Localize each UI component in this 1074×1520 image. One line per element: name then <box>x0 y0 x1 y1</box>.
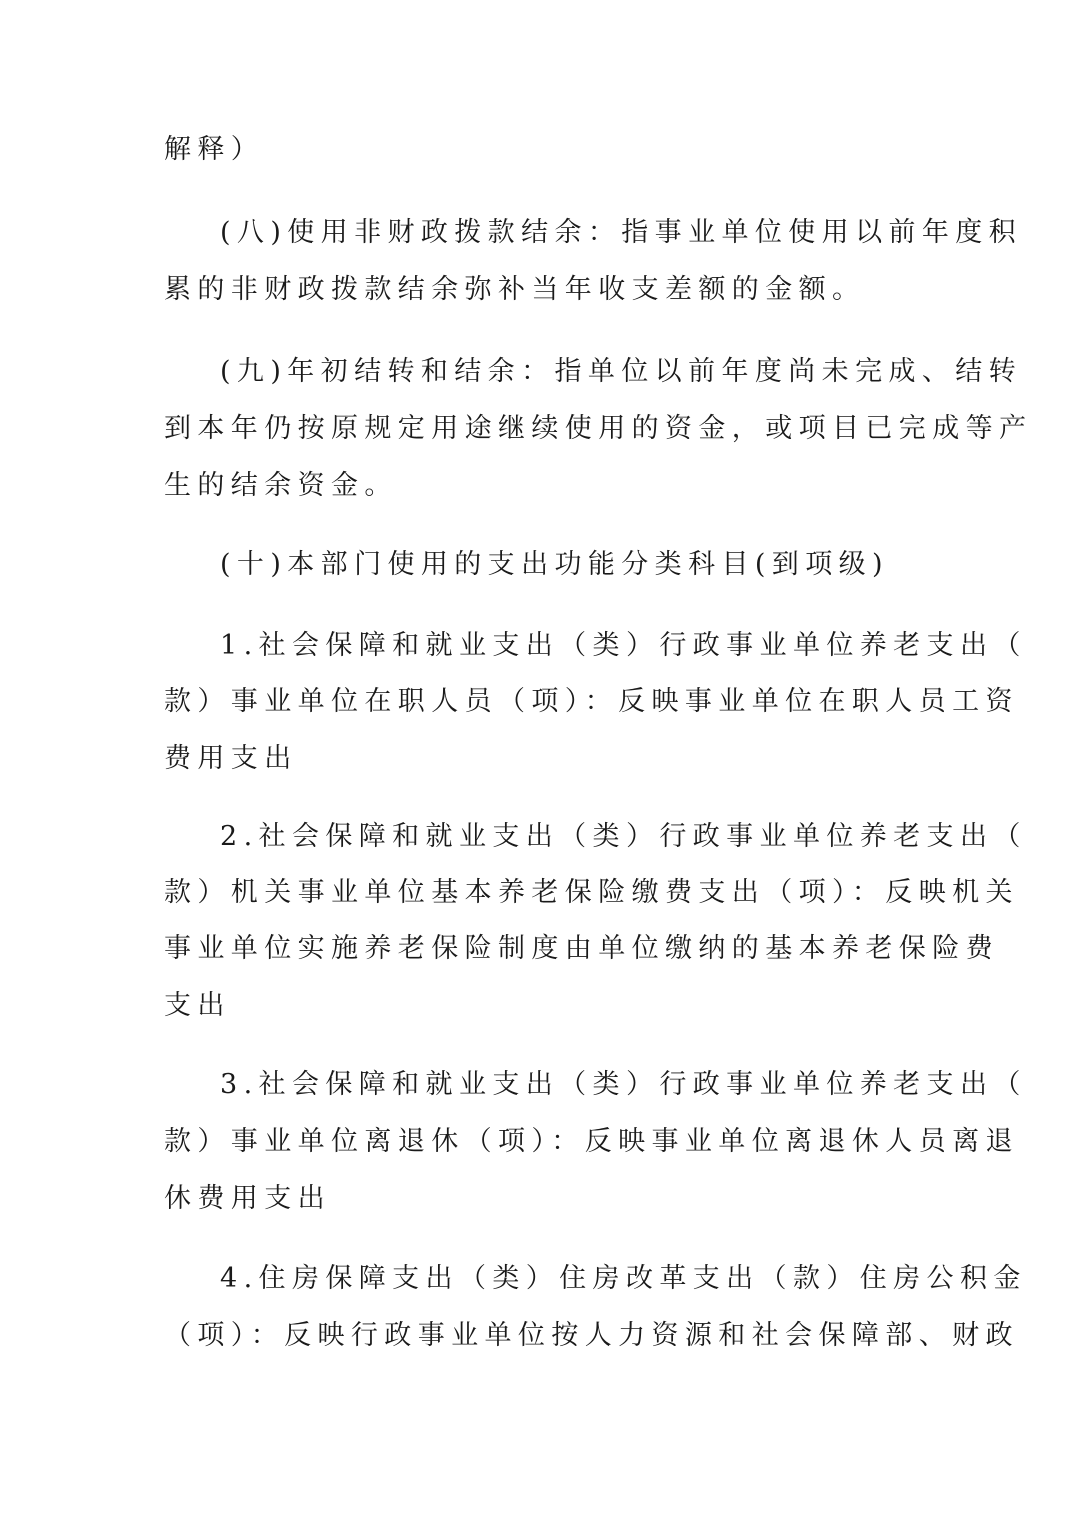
section-8-body-line: 累的非财政拨款结余弥补当年收支差额的金额。 <box>164 270 924 310</box>
item-2-body-line: 事业单位实施养老保险制度由单位缴纳的基本养老保险费 <box>164 929 924 969</box>
item-1-heading-line: 1.社会保障和就业支出（类）行政事业单位养老支出（ <box>220 626 980 666</box>
item-3-body-line: 款）事业单位离退休（项）：反映事业单位离退休人员离退 <box>164 1122 924 1162</box>
item-2-heading-line: 2.社会保障和就业支出（类）行政事业单位养老支出（ <box>220 817 980 857</box>
text-line-continuation: 解释） <box>164 130 924 170</box>
section-10-heading: (十)本部门使用的支出功能分类科目(到项级) <box>220 545 980 585</box>
item-1-body-line: 款）事业单位在职人员（项）：反映事业单位在职人员工资 <box>164 682 924 722</box>
item-2-body-line: 款）机关事业单位基本养老保险缴费支出（项）：反映机关 <box>164 873 924 913</box>
item-3-heading-line: 3.社会保障和就业支出（类）行政事业单位养老支出（ <box>220 1065 980 1105</box>
section-9-body-line: 到本年仍按原规定用途继续使用的资金，或项目已完成等产 <box>164 409 924 449</box>
item-4-heading-line: 4.住房保障支出（类）住房改革支出（款）住房公积金 <box>220 1259 980 1299</box>
item-4-body-line: （项）：反映行政事业单位按人力资源和社会保障部、财政 <box>164 1316 924 1356</box>
document-page: 解释） (八)使用非财政拨款结余：指事业单位使用以前年度积 累的非财政拨款结余弥… <box>0 0 1074 1520</box>
section-9-heading-line: (九)年初结转和结余：指单位以前年度尚未完成、结转 <box>220 352 980 392</box>
section-8-heading-line: (八)使用非财政拨款结余：指事业单位使用以前年度积 <box>220 213 980 253</box>
section-9-body-line: 生的结余资金。 <box>164 466 924 506</box>
item-1-body-line: 费用支出 <box>164 739 924 779</box>
item-2-body-line: 支出 <box>164 986 924 1026</box>
item-3-body-line: 休费用支出 <box>164 1179 924 1219</box>
